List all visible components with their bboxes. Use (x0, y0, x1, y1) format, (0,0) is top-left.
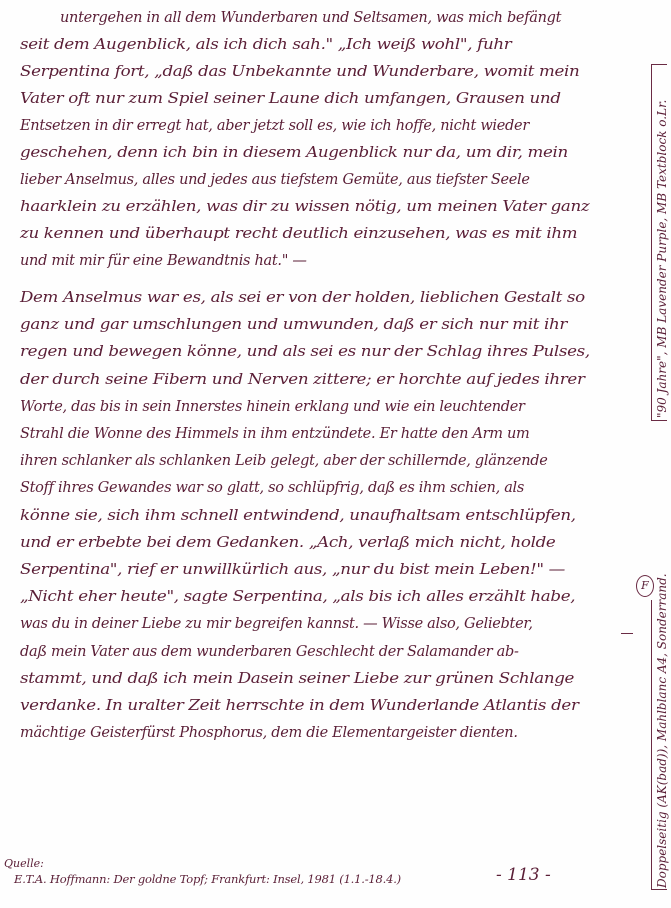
text-line: mächtige Geisterfürst Phosphorus, dem di… (20, 723, 518, 743)
margin-bracket-rule-lower (651, 600, 652, 890)
text-line: haarklein zu erzählen, was dir zu wissen… (20, 197, 589, 217)
text-line: seit dem Augenblick, als ich dich sah." … (20, 35, 511, 55)
manuscript-page: untergehen in all dem Wunderbaren und Se… (0, 0, 671, 908)
circle-f-mark: F (636, 575, 654, 597)
margin-dash (621, 633, 633, 634)
text-line: Vater oft nur zum Spiel seiner Laune dic… (20, 89, 561, 109)
text-line: geschehen, denn ich bin in diesem Augenb… (20, 143, 568, 163)
text-line: was du in deiner Liebe zu mir begreifen … (20, 614, 533, 634)
margin-bracket-top (651, 64, 667, 65)
text-line: ganz und gar umschlungen und umwunden, d… (20, 315, 567, 335)
text-line: Entsetzen in dir erregt hat, aber jetzt … (20, 116, 529, 136)
text-line: könne sie, sich ihm schnell entwindend, … (20, 506, 576, 526)
text-line: daß mein Vater aus dem wunderbaren Gesch… (20, 642, 519, 662)
text-line: „Nicht eher heute", sagte Serpentina, „a… (20, 587, 575, 607)
text-line: und er erbebte bei dem Gedanken. „Ach, v… (20, 533, 555, 553)
text-line: der durch seine Fibern und Nerven zitter… (20, 370, 585, 390)
margin-bracket-rule-upper (651, 64, 652, 420)
citation: E.T.A. Hoffmann: Der goldne Topf; Frankf… (14, 872, 401, 886)
text-line: lieber Anselmus, alles und jedes aus tie… (20, 170, 530, 190)
text-line: Strahl die Wonne des Himmels in ihm entz… (20, 424, 530, 444)
text-line: Worte, das bis in sein Innerstes hinein … (20, 397, 525, 417)
source-label: Quelle: (4, 857, 44, 870)
text-line: stammt, und daß ich mein Dasein seiner L… (20, 669, 574, 689)
margin-note-upper: "90 Jahre", MB Lavender Purple, MB Textb… (655, 100, 669, 418)
margin-bracket-bottom (651, 889, 667, 890)
text-line: Stoff ihres Gewandes war so glatt, so sc… (20, 478, 524, 498)
text-line: regen und bewegen könne, und als sei es … (20, 342, 590, 362)
text-line: verdanke. In uralter Zeit herrschte in d… (20, 696, 579, 716)
text-line: Dem Anselmus war es, als sei er von der … (20, 288, 585, 308)
text-line: Serpentina fort, „daß das Unbekannte und… (20, 62, 579, 82)
text-line: Serpentina", rief er unwillkürlich aus, … (20, 560, 565, 580)
margin-note-lower: Doppelseitig (AK(bad)), Mahlblanc A4, So… (655, 573, 669, 888)
text-line: ihren schlanker als schlanken Leib geleg… (20, 451, 548, 471)
margin-bracket-mid (651, 420, 667, 421)
text-line: und mit mir für eine Bewandtnis hat." — (20, 251, 307, 271)
text-line: zu kennen und überhaupt recht deutlich e… (20, 224, 577, 244)
page-number: - 113 - (496, 865, 551, 885)
text-line: untergehen in all dem Wunderbaren und Se… (60, 8, 561, 28)
